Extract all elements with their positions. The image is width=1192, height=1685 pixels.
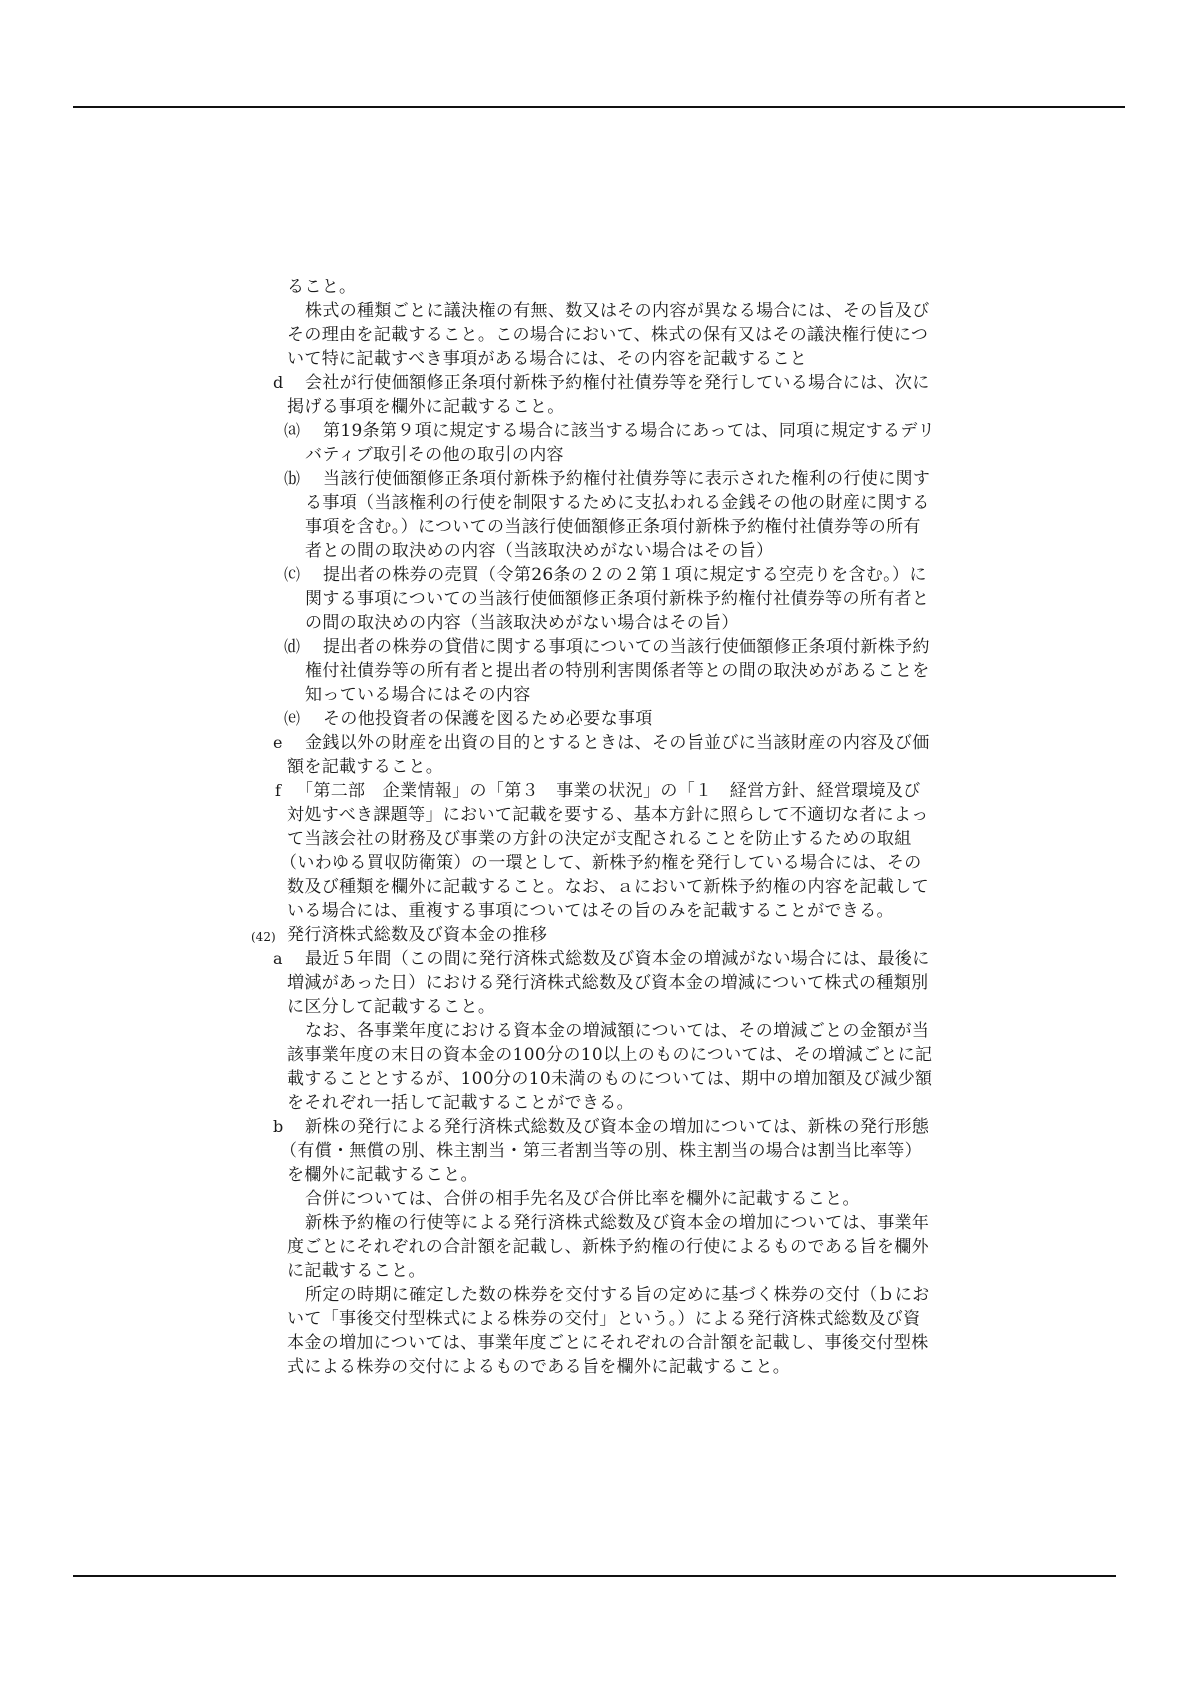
text-line: 者との間の取決めの内容（当該取決めがない場合はその旨） <box>305 539 773 563</box>
text-line: なお、各事業年度における資本金の増減額については、その増減ごとの金額が当 <box>305 1019 929 1043</box>
text-line: 載することとするが、100分の10未満のものについては、期中の増加額及び減少額 <box>287 1067 932 1091</box>
text-line: 新株予約権の行使等による発行済株式総数及び資本金の増加については、事業年 <box>305 1211 929 1235</box>
item-marker: f <box>275 779 281 803</box>
text-line: をそれぞれ一括して記載することができる。 <box>287 1091 634 1115</box>
header-rule <box>73 106 1125 108</box>
text-line: 増減があった日）における発行済株式総数及び資本金の増減について株式の種類別 <box>287 971 928 995</box>
text-line: 事項を含む。）についての当該行使価額修正条項付新株予約権付社債券等の所有 <box>305 515 921 539</box>
item-marker: ⒟ <box>284 635 300 659</box>
text-line: 最近５年間（この間に発行済株式総数及び資本金の増減がない場合には、最後に <box>305 947 930 971</box>
text-line: 株式の種類ごとに議決権の有無、数又はその内容が異なる場合には、その旨及び <box>305 299 930 323</box>
text-line: （有償・無償の別、株主割当・第三者割当等の別、株主割当の場合は割当比率等） <box>280 1139 922 1163</box>
text-line: に区分して記載すること。 <box>287 995 495 1019</box>
item-marker: b <box>273 1115 283 1139</box>
text-line: 発行済株式総数及び資本金の推移 <box>287 923 547 947</box>
text-line: 関する事項についての当該行使価額修正条項付新株予約権付社債券等の所有者と <box>305 587 929 611</box>
text-line: いて特に記載すべき事項がある場合には、その内容を記載すること <box>287 347 807 371</box>
text-line: バティブ取引その他の取引の内容 <box>305 443 564 467</box>
item-marker: a <box>273 947 283 971</box>
text-line: 権付社債券等の所有者と提出者の特別利害関係者等との間の取決めがあることを <box>305 659 930 683</box>
item-marker: ⒜ <box>284 419 300 443</box>
text-line: ること。 <box>287 275 356 299</box>
text-line: る事項（当該権利の行使を制限するために支払われる金銭その他の財産に関する <box>305 491 930 515</box>
text-line: を欄外に記載すること。 <box>287 1163 478 1187</box>
text-line: 式による株券の交付によるものである旨を欄外に記載すること。 <box>287 1355 790 1379</box>
item-marker: e <box>273 731 282 755</box>
text-line: 所定の時期に確定した数の株券を交付する旨の定めに基づく株券の交付（ｂにお <box>305 1283 930 1307</box>
text-line: に記載すること。 <box>287 1259 426 1283</box>
text-line: 度ごとにそれぞれの合計額を記載し、新株予約権の行使によるものである旨を欄外 <box>287 1235 929 1259</box>
text-line: 該事業年度の末日の資本金の100分の10以上のものについては、その増減ごとに記 <box>287 1043 932 1067</box>
text-line: て当該会社の財務及び事業の方針の決定が支配されることを防止するための取組 <box>287 827 912 851</box>
text-line: の間の取決めの内容（当該取決めがない場合はその旨） <box>305 611 739 635</box>
text-line: 会社が行使価額修正条項付新株予約権付社債券等を発行している場合には、次に <box>305 371 930 395</box>
text-line: 提出者の株券の売買（令第26条の２の２第１項に規定する空売りを含む。）に <box>323 563 927 587</box>
text-line: 額を記載すること。 <box>287 755 443 779</box>
text-line: 「第二部 企業情報」の「第３ 事業の状況」の「１ 経営方針、経営環境及び <box>296 779 921 803</box>
text-line: 第19条第９項に規定する場合に該当する場合にあっては、同項に規定するデリ <box>323 419 935 443</box>
text-line: 新株の発行による発行済株式総数及び資本金の増加については、新株の発行形態 <box>305 1115 929 1139</box>
text-line: その他投資者の保護を図るため必要な事項 <box>323 707 653 731</box>
text-line: 数及び種類を欄外に記載すること。なお、ａにおいて新株予約権の内容を記載して <box>287 875 929 899</box>
text-line: 知っている場合にはその内容 <box>305 683 531 707</box>
text-line: 本金の増加については、事業年度ごとにそれぞれの合計額を記載し、事後交付型株 <box>287 1331 929 1355</box>
text-line: その理由を記載すること。この場合において、株式の保有又はその議決権行使につ <box>287 323 928 347</box>
text-line: 対処すべき課題等」において記載を要する、基本方針に照らして不適切な者によっ <box>287 803 929 827</box>
text-line: いて「事後交付型株式による株券の交付」という。）による発行済株式総数及び資 <box>287 1307 920 1331</box>
item-marker: ⒝ <box>284 467 300 491</box>
text-line: 金銭以外の財産を出資の目的とするときは、その旨並びに当該財産の内容及び価 <box>305 731 930 755</box>
text-line: 提出者の株券の貸借に関する事項についての当該行使価額修正条項付新株予約 <box>323 635 930 659</box>
text-line: 当該行使価額修正条項付新株予約権付社債券等に表示された権利の行使に関す <box>323 467 930 491</box>
text-line: 掲げる事項を欄外に記載すること。 <box>287 395 565 419</box>
text-line: 合併については、合併の相手先名及び合併比率を欄外に記載すること。 <box>305 1187 860 1211</box>
item-marker: ⒠ <box>284 707 300 731</box>
item-marker: d <box>273 371 283 395</box>
item-marker: (42) <box>251 925 276 949</box>
text-line: いる場合には、重複する事項についてはその旨のみを記載することができる。 <box>287 899 894 923</box>
item-marker: ⒞ <box>284 563 300 587</box>
footer-rule <box>73 1575 1116 1577</box>
text-line: （いわゆる買収防衛策）の一環として、新株予約権を発行している場合には、その <box>280 851 922 875</box>
